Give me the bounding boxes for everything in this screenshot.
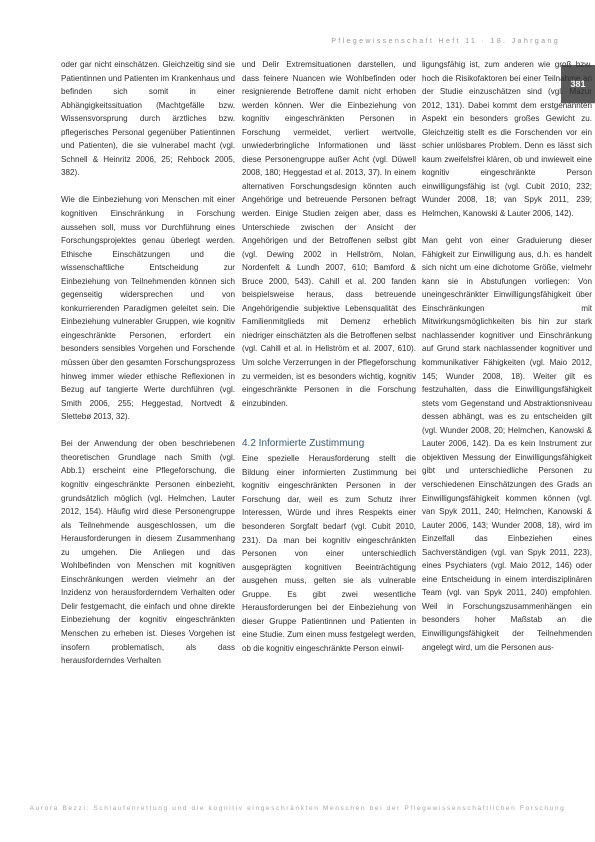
text-column-right: ligungsfähig ist, zum anderen wie groß b… [422,58,592,654]
text-column-middle: und Delir Extremsituationen darstellen, … [242,58,416,655]
body-paragraph: Wie die Einbeziehung von Menschen mit ei… [61,193,235,423]
body-paragraph: ligungsfähig ist, zum anderen wie groß b… [422,58,592,221]
section-heading: 4.2 Informierte Zustimmung [242,437,416,451]
body-paragraph: und Delir Extremsituationen darstellen, … [242,58,416,410]
body-paragraph: Eine spezielle Herausforderung stellt di… [242,452,416,655]
body-paragraph: oder gar nicht einschätzen. Gleichzeitig… [61,58,235,180]
running-footer: Aurora Bezzi: Schlaufenrettung und die k… [0,805,595,812]
body-paragraph: Bei der Anwendung der oben beschriebenen… [61,437,235,667]
section-spacer [242,410,416,437]
running-header: Pflegewissenschaft Heft 11 · 18. Jahrgan… [0,36,560,45]
body-paragraph: Man geht von einer Graduierung dieser Fä… [422,234,592,654]
text-column-left: oder gar nicht einschätzen. Gleichzeitig… [61,58,235,668]
